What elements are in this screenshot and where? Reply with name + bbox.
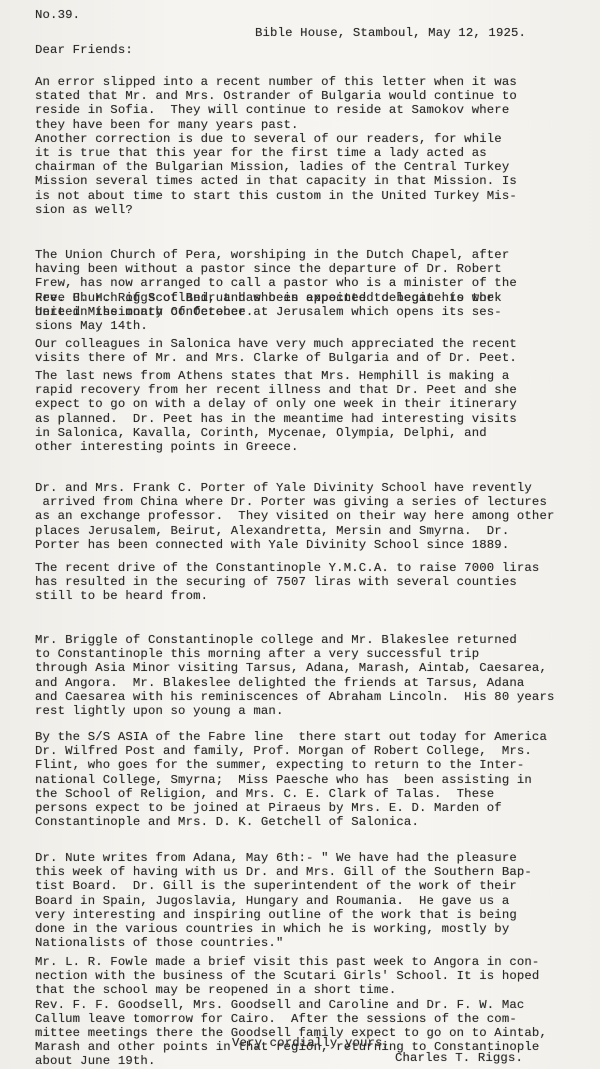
paragraph-line: Mr. Briggle of Constantinople college an… — [35, 633, 517, 647]
paragraph-line: The Union Church of Pera, worshiping in … — [35, 248, 509, 262]
paragraph-line: tist Board. Dr. Gill is the superintende… — [35, 879, 517, 893]
paragraph-line: as planned. Dr. Peet has in the meantime… — [35, 412, 517, 426]
paragraph-line: Mission several times acted in that capa… — [35, 174, 517, 188]
paragraph-line: persons expect to be joined at Piraeus b… — [35, 801, 502, 815]
paragraph-line: The last news from Athens states that Mr… — [35, 369, 509, 383]
paragraph-line: very interesting and inspiring outline o… — [35, 908, 517, 922]
paragraph-line: it is true that this year for the first … — [35, 146, 487, 160]
paragraph-line: Rev. H. H. Riggs of Beirut has been appo… — [35, 291, 494, 305]
paragraph-line: through Asia Minor visiting Tarsus, Adan… — [35, 661, 547, 675]
paragraph-line: has resulted in the securing of 7507 lir… — [35, 575, 517, 589]
paragraph-line: An error slipped into a recent number of… — [35, 75, 517, 89]
paragraph-line: stated that Mr. and Mrs. Ostrander of Bu… — [35, 89, 517, 103]
paragraph-line: they have been for many years past. — [35, 118, 299, 132]
paragraph-line: still to be heard from. — [35, 589, 208, 603]
paragraph-line: The recent drive of the Constantinople Y… — [35, 561, 539, 575]
paragraph-line: Board in Spain, Jugoslavia, Hungary and … — [35, 894, 509, 908]
paragraph-line: the School of Religion, and Mrs. C. E. C… — [35, 787, 494, 801]
paragraph-line: Mr. L. R. Fowle made a brief visit this … — [35, 955, 539, 969]
paragraph-line: Our colleagues in Salonica have very muc… — [35, 337, 517, 351]
dateline: Bible House, Stamboul, May 12, 1925. — [255, 26, 526, 40]
paragraph-line: Another correction is due to several of … — [35, 132, 502, 146]
paragraph-line: to Constantinople this morning after a v… — [35, 647, 479, 661]
paragraph-line: this week of having with us Dr. and Mrs.… — [35, 865, 532, 879]
paragraph-line: that the school may be reopened in a sho… — [35, 983, 396, 997]
paragraph-line: having been without a pastor since the d… — [35, 262, 502, 276]
paragraph-line: sion as well? — [35, 203, 133, 217]
paragraph-line: Dr. and Mrs. Frank C. Porter of Yale Div… — [35, 481, 532, 495]
paragraph-line: and Caesarea with his reminiscences of A… — [35, 690, 555, 704]
paragraph-line: nection with the business of the Scutari… — [35, 969, 539, 983]
paragraph-line: about June 19th. — [35, 1054, 155, 1068]
paragraph-line: United Missionary Conference at Jerusale… — [35, 305, 502, 319]
paragraph-line: Porter has been connected with Yale Divi… — [35, 538, 509, 552]
paragraph-line: Nationalists of those countries." — [35, 936, 283, 950]
paragraph-line: Frew, has now arranged to call a pastor … — [35, 276, 517, 290]
paragraph-line: expect to go on with a delay of only one… — [35, 397, 517, 411]
paragraph-line: places Jerusalem, Beirut, Alexandretta, … — [35, 524, 509, 538]
paragraph-line: Callum leave tomorrow for Cairo. After t… — [35, 1012, 517, 1026]
paragraph-line: Rev. F. F. Goodsell, Mrs. Goodsell and C… — [35, 998, 524, 1012]
paragraph-line: Constantinople and Mrs. D. K. Getchell o… — [35, 815, 419, 829]
paragraph-line: visits there of Mr. and Mrs. Clarke of B… — [35, 351, 517, 365]
paragraph-line: other interesting points in Greece. — [35, 440, 299, 454]
paragraph-line: rapid recovery from her recent illness a… — [35, 383, 517, 397]
paragraph-line: chairman of the Bulgarian Mission, ladie… — [35, 160, 509, 174]
paragraph-line: national College, Smyrna; Miss Paesche w… — [35, 773, 532, 787]
paragraph-line: arrived from China where Dr. Porter was … — [35, 495, 547, 509]
closing: Very cordially yours, — [232, 1036, 390, 1050]
paragraph-line: is not about time to start this custom i… — [35, 189, 517, 203]
paragraph-line: Dr. Nute writes from Adana, May 6th:- " … — [35, 851, 517, 865]
paragraph-line: By the S/S ASIA of the Fabre line there … — [35, 730, 547, 744]
signature: Charles T. Riggs. — [395, 1051, 523, 1065]
paragraph-line: reside in Sofia. They will continue to r… — [35, 103, 509, 117]
paragraph-line: and Angora. Mr. Blakeslee delighted the … — [35, 676, 524, 690]
paragraph-line: done in the various countries in which h… — [35, 922, 509, 936]
letter-number: No.39. — [35, 8, 80, 22]
paragraph-line: as an exchange professor. They visited o… — [35, 509, 555, 523]
salutation: Dear Friends: — [35, 43, 133, 57]
letter-page: No.39. Bible House, Stamboul, May 12, 19… — [0, 0, 600, 1069]
paragraph-line: Flint, who goes for the summer, expectin… — [35, 758, 524, 772]
paragraph-line: sions May 14th. — [35, 319, 148, 333]
paragraph-line: in Salonica, Kavalla, Corinth, Mycenae, … — [35, 426, 487, 440]
paragraph-line: Dr. Wilfred Post and family, Prof. Morga… — [35, 744, 532, 758]
paragraph-line: rest lightly upon so young a man. — [35, 704, 283, 718]
